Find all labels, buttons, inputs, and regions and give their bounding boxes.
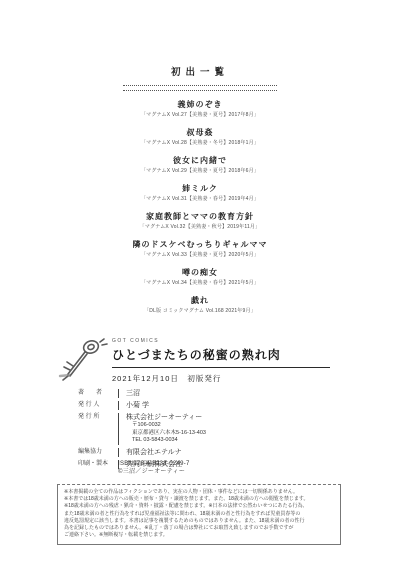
credit-row-publisher-company: 発 行 所 株式会社ジーオーティー 〒106-0032 東京都港区六本木5-16…	[78, 413, 338, 445]
colophon-page: 初出一覧 義姉のぞき 「マグナムX Vol.27【美熟妻・夏号】2017年8月」…	[0, 0, 400, 568]
copyright-line: ©三沼／ジーオーティー	[118, 468, 190, 476]
title-underline	[112, 367, 330, 368]
credit-value: 三沼	[118, 389, 140, 398]
credit-label: 発 行 所	[78, 413, 118, 422]
publication-entry: 彼女に内緒で 「マグナムX Vol.29【美熟妻・夏号】2018年6月」	[0, 156, 400, 175]
publication-entry: 家庭教師とママの教育方針 「マグナムX Vol.32【美熟妻・秋号】2019年1…	[0, 212, 400, 231]
credit-row-editing: 編集協力 有限会社エテルナ	[78, 448, 338, 457]
credit-row-publisher-person: 発 行 人 小菊 学	[78, 401, 338, 410]
story-title: 家庭教師とママの教育方針	[0, 212, 400, 222]
publication-entry: 叔母姦 「マグナムX Vol.28【美熟妻・冬号】2018年1月」	[0, 128, 400, 147]
credit-value: 小菊 学	[118, 401, 149, 410]
first-publication-section: 初出一覧 義姉のぞき 「マグナムX Vol.27【美熟妻・夏号】2017年8月」…	[0, 62, 400, 324]
credit-row-printing: 印刷・製本 共同印刷株式会社	[78, 460, 338, 469]
disclaimer-line: ※18歳未満の方への残虐・猟奇・資料・披露・配慮を禁じます。※日本の法律で公然わ…	[64, 503, 334, 510]
story-title: 彼女に内緒で	[0, 156, 400, 166]
credit-label: 発 行 人	[78, 401, 118, 410]
credit-label: 印刷・製本	[78, 460, 118, 469]
publication-entry: 姉ミルク 「マグナムX Vol.31【美熟妻・春号】2019年4月」	[0, 184, 400, 203]
disclaimer-line: ご連絡下さい。※無断複写・転載を禁じます。	[64, 532, 334, 539]
publisher-postal: 〒106-0032	[132, 422, 206, 430]
story-title: 叔母姦	[0, 128, 400, 138]
disclaimer-line: 違反処罰規定に該当します。本書は記事を複製するためのものではありません。また、1…	[64, 518, 334, 525]
story-title: 戯れ	[0, 296, 400, 306]
disclaimer-box: ※本書掲載の全ての作品はフィクションであり、実在の人物・団体・事件などには一切関…	[57, 484, 341, 545]
story-source: 「マグナムX Vol.34【美熟妻・春号】2021年5月」	[0, 279, 400, 287]
story-source: 「DL版 コミックマグナム Vol.168 2021年9月」	[0, 307, 400, 315]
story-source: 「マグナムX Vol.33【美熟妻・夏号】2020年5月」	[0, 251, 400, 259]
book-title: ひとづまたちの秘蜜の熟れ肉	[112, 346, 344, 363]
publication-entry: 義姉のぞき 「マグナムX Vol.27【美熟妻・夏号】2017年8月」	[0, 100, 400, 119]
publisher-address: 東京都港区六本木5-16-13-403	[132, 430, 206, 438]
credit-row-author: 著 者 三沼	[78, 389, 338, 398]
publication-entry: 噂の痴女 「マグナムX Vol.34【美熟妻・春号】2021年5月」	[0, 268, 400, 287]
story-source: 「マグナムX Vol.27【美熟妻・夏号】2017年8月」	[0, 111, 400, 119]
story-source: 「マグナムX Vol.32【美熟妻・秋号】2019年11月」	[0, 223, 400, 231]
story-source: 「マグナムX Vol.29【美熟妻・夏号】2018年6月」	[0, 167, 400, 175]
credit-label: 著 者	[78, 389, 118, 398]
story-source: 「マグナムX Vol.28【美熟妻・冬号】2018年1月」	[0, 139, 400, 147]
credit-value: 有限会社エテルナ	[118, 448, 182, 457]
first-publication-heading: 初出一覧	[171, 64, 229, 78]
credit-label: 編集協力	[78, 448, 118, 457]
brand-block: GOT COMICS ひとづまたちの秘蜜の熟れ肉 2021年12月10日 初版発…	[112, 338, 344, 384]
credit-value: 株式会社ジーオーティー 〒106-0032 東京都港区六本木5-16-13-40…	[118, 413, 206, 445]
story-title: 隣のドスケベむっちりギャルママ	[0, 240, 400, 250]
credits-table: 著 者 三沼 発 行 人 小菊 学 発 行 所 株式会社ジーオーティー 〒106…	[78, 389, 338, 472]
story-title: 噂の痴女	[0, 268, 400, 278]
disclaimer-line: また18歳未満の者と性行為をすれば児童福祉法等に問われ、18歳未満の者と性行為を…	[64, 511, 334, 518]
isbn-number: ISBN978-4-8238-0249-7	[118, 460, 190, 468]
story-title: 姉ミルク	[0, 184, 400, 194]
story-source: 「マグナムX Vol.31【美熟妻・春号】2019年4月」	[0, 195, 400, 203]
publication-entry: 戯れ 「DL版 コミックマグナム Vol.168 2021年9月」	[0, 296, 400, 315]
brand-label: GOT COMICS	[112, 338, 344, 344]
story-title: 義姉のぞき	[0, 100, 400, 110]
isbn-block: ISBN978-4-8238-0249-7 ©三沼／ジーオーティー	[118, 460, 190, 476]
publisher-tel: TEL 03-5843-0034	[132, 437, 206, 445]
key-sketch-icon	[56, 336, 108, 386]
publisher-name: 株式会社ジーオーティー	[126, 413, 206, 422]
dotted-divider	[123, 85, 277, 91]
publication-entry: 隣のドスケベむっちりギャルママ 「マグナムX Vol.33【美熟妻・夏号】202…	[0, 240, 400, 259]
publication-date: 2021年12月10日 初版発行	[112, 373, 344, 384]
